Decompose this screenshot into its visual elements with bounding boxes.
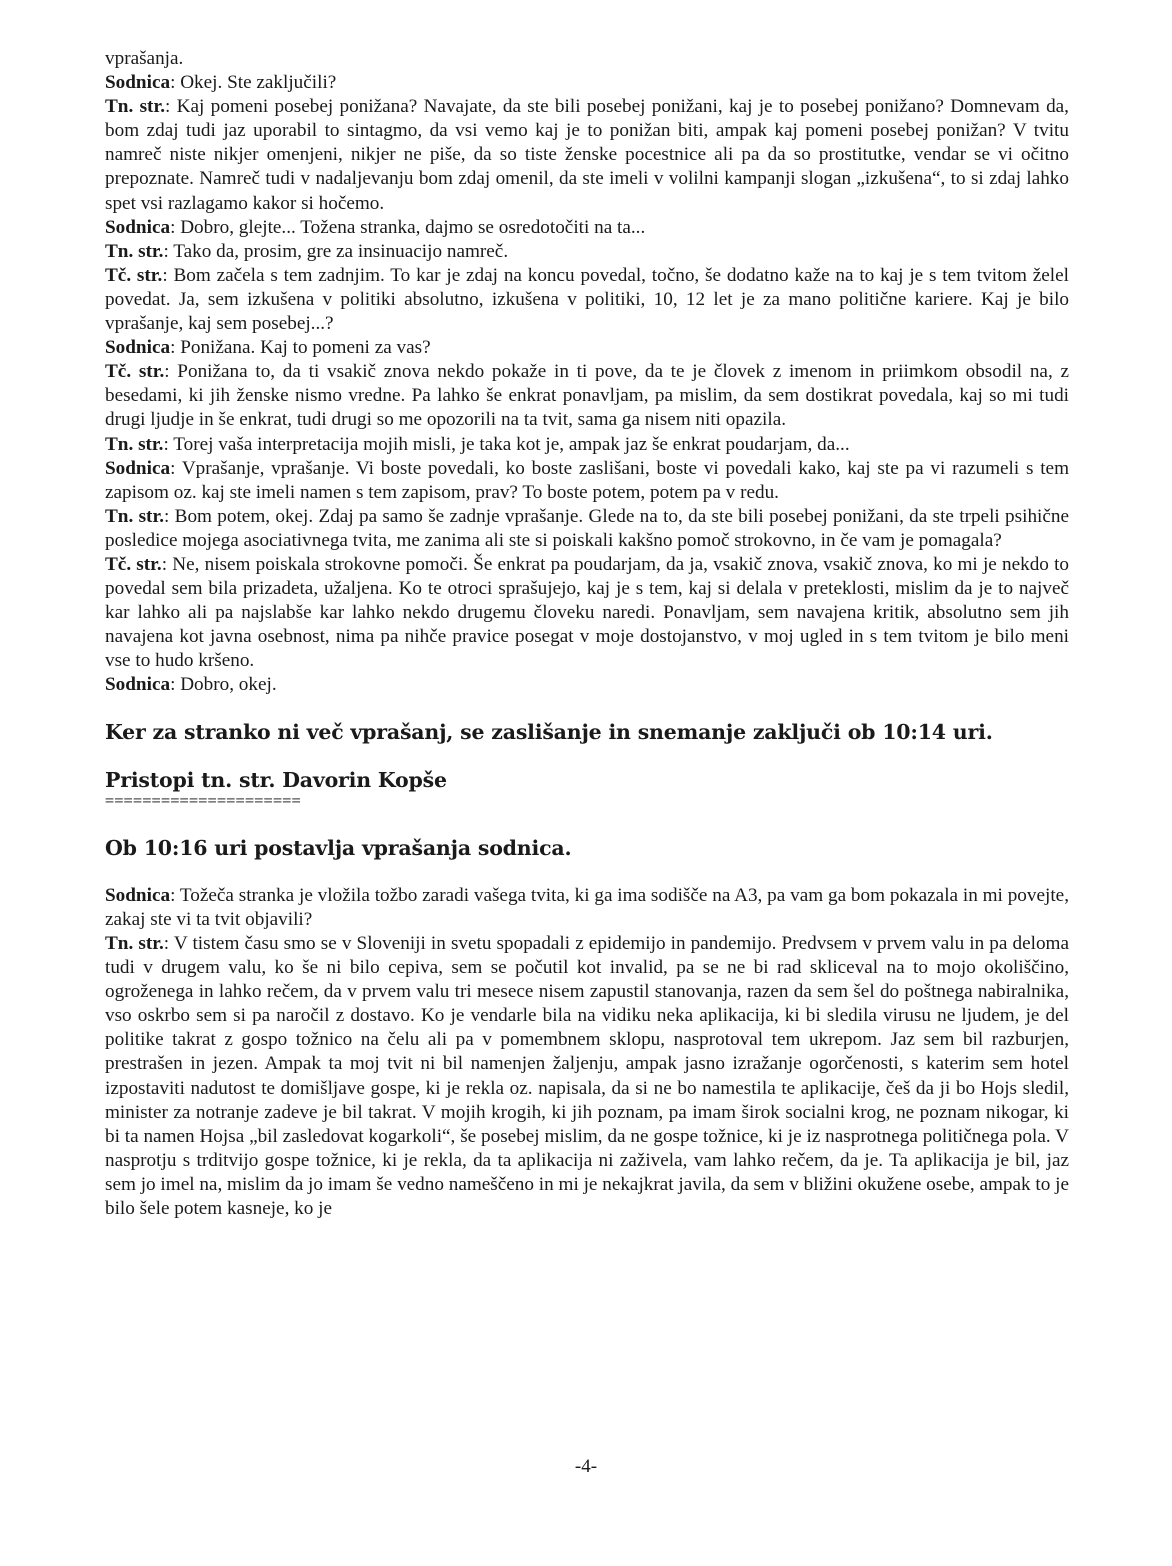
transcript-paragraph: Sodnica: Tožeča stranka je vložila tožbo… bbox=[105, 884, 1069, 932]
speech-text: : Torej vaša interpretacija mojih misli,… bbox=[163, 434, 849, 455]
speaker-label: Sodnica bbox=[105, 458, 170, 479]
transcript-paragraph: Tn. str.: Bom potem, okej. Zdaj pa samo … bbox=[105, 505, 1069, 553]
speaker-label: Tč. str. bbox=[105, 361, 164, 382]
speaker-label: Sodnica bbox=[105, 72, 170, 93]
speech-text: : Tako da, prosim, gre za insinuacijo na… bbox=[163, 241, 508, 262]
transcript-paragraph: Sodnica: Vprašanje, vprašanje. Vi boste … bbox=[105, 457, 1069, 505]
speaker-label: Tn. str. bbox=[105, 434, 163, 455]
speech-text: : Ponižana to, da ti vsakič znova nekdo … bbox=[105, 361, 1069, 430]
speaker-label: Tn. str. bbox=[105, 96, 165, 117]
heading-hearing-conclusion: Ker za stranko ni več vprašanj, se zasli… bbox=[105, 720, 1069, 744]
transcript-paragraph: vprašanja. bbox=[105, 47, 1069, 71]
page-number: -4- bbox=[0, 1456, 1172, 1478]
heading-judge-questions: Ob 10:16 uri postavlja vprašanja sodnica… bbox=[105, 836, 1069, 860]
speech-text: : Vprašanje, vprašanje. Vi boste povedal… bbox=[105, 458, 1069, 503]
speech-text: : Ne, nisem poiskala strokovne pomoči. Š… bbox=[105, 554, 1069, 671]
transcript-paragraph: Tn. str.: Torej vaša interpretacija moji… bbox=[105, 433, 1069, 457]
speaker-label: Tn. str. bbox=[105, 241, 163, 262]
speaker-label: Tn. str. bbox=[105, 506, 164, 527]
transcript-paragraph: Tn. str.: Tako da, prosim, gre za insinu… bbox=[105, 240, 1069, 264]
transcript-paragraph: Sodnica: Ponižana. Kaj to pomeni za vas? bbox=[105, 336, 1069, 360]
speaker-label: Sodnica bbox=[105, 885, 170, 906]
speaker-label: Sodnica bbox=[105, 674, 170, 695]
speaker-label: Tč. str. bbox=[105, 265, 162, 286]
transcript-section-after: Sodnica: Tožeča stranka je vložila tožbo… bbox=[105, 884, 1069, 1221]
transcript-paragraph: Tč. str.: Bom začela s tem zadnjim. To k… bbox=[105, 264, 1069, 336]
transcript-section-before: vprašanja.Sodnica: Okej. Ste zaključili?… bbox=[105, 47, 1069, 698]
speech-text: vprašanja. bbox=[105, 48, 183, 69]
speaker-label: Tn. str. bbox=[105, 933, 164, 954]
document-page: vprašanja.Sodnica: Okej. Ste zaključili?… bbox=[105, 47, 1069, 1221]
speech-text: : Dobro, glejte... Tožena stranka, dajmo… bbox=[170, 217, 645, 238]
transcript-paragraph: Sodnica: Dobro, glejte... Tožena stranka… bbox=[105, 216, 1069, 240]
transcript-paragraph: Tn. str.: V tistem času smo se v Sloveni… bbox=[105, 932, 1069, 1221]
speech-text: : Ponižana. Kaj to pomeni za vas? bbox=[170, 337, 431, 358]
speech-text: : Kaj pomeni posebej ponižana? Navajate,… bbox=[105, 96, 1069, 213]
speech-text: : Dobro, okej. bbox=[170, 674, 277, 695]
speech-text: : Bom začela s tem zadnjim. To kar je zd… bbox=[105, 265, 1069, 334]
speaker-label: Sodnica bbox=[105, 337, 170, 358]
transcript-paragraph: Tč. str.: Ne, nisem poiskala strokovne p… bbox=[105, 553, 1069, 673]
transcript-paragraph: Sodnica: Okej. Ste zaključili? bbox=[105, 71, 1069, 95]
heading-approach-defendant: Pristopi tn. str. Davorin Kopše bbox=[105, 768, 1069, 792]
speech-text: : V tistem času smo se v Sloveniji in sv… bbox=[105, 933, 1069, 1219]
speech-text: : Okej. Ste zaključili? bbox=[170, 72, 336, 93]
speech-text: : Bom potem, okej. Zdaj pa samo še zadnj… bbox=[105, 506, 1069, 551]
speech-text: : Tožeča stranka je vložila tožbo zaradi… bbox=[105, 885, 1069, 930]
transcript-paragraph: Tč. str.: Ponižana to, da ti vsakič znov… bbox=[105, 360, 1069, 432]
transcript-paragraph: Sodnica: Dobro, okej. bbox=[105, 673, 1069, 697]
speaker-label: Tč. str. bbox=[105, 554, 162, 575]
underline-rule: ===================== bbox=[105, 792, 1069, 808]
transcript-paragraph: Tn. str.: Kaj pomeni posebej ponižana? N… bbox=[105, 95, 1069, 215]
speaker-label: Sodnica bbox=[105, 217, 170, 238]
